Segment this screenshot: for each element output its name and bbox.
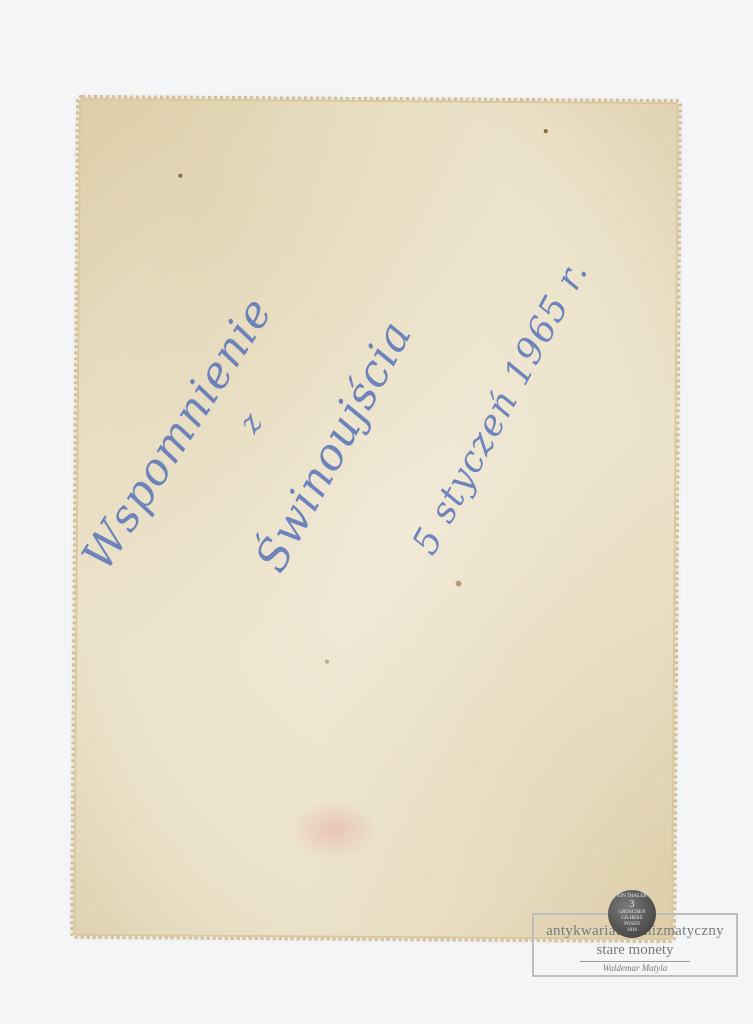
stain [178, 174, 182, 178]
inscription-line-1: Wspomnienie [73, 288, 283, 579]
scalloped-edge [70, 95, 682, 943]
inscription-line-2: z [232, 406, 271, 439]
stain [325, 660, 329, 664]
inscription-line-4: 5 styczeń 1965 r. [405, 254, 597, 562]
watermark-author: Waldemar Matyla [534, 963, 736, 973]
coin-value: 3 [630, 900, 635, 910]
watermark-line-2: stare monety [534, 942, 736, 959]
watermark-divider [580, 961, 690, 962]
coin-year: 1816 [627, 928, 637, 934]
stain [544, 129, 548, 133]
stain [456, 581, 462, 587]
coin-icon: EIN THALER 3 GROSCHEN GR.HERZ POSEN 1816 [608, 890, 656, 938]
photo-back: Wspomnienie z Świnoujścia 5 styczeń 1965… [73, 98, 679, 940]
faded-stamp [289, 799, 379, 860]
inscription-line-3: Świnoujścia [246, 312, 423, 580]
